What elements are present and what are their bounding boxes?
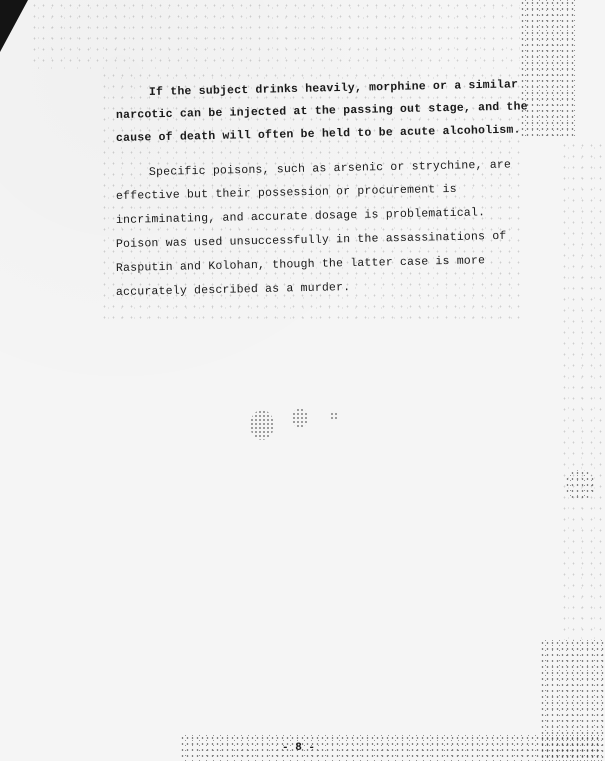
scan-noise-right-edge [560,140,605,640]
scan-corner-shadow [0,0,28,52]
ink-smudge-3 [330,412,338,420]
ink-smudge-2 [292,408,308,428]
scan-noise-top-right [520,0,575,140]
scan-noise-bottom-edge [180,735,600,761]
document-page: If the subject drinks heavily, morphine … [0,0,605,761]
scan-noise-top [30,0,520,70]
ink-smudge-1 [250,410,274,440]
page-number: - 8 - [282,742,315,754]
scan-noise-right-mid [565,470,595,500]
